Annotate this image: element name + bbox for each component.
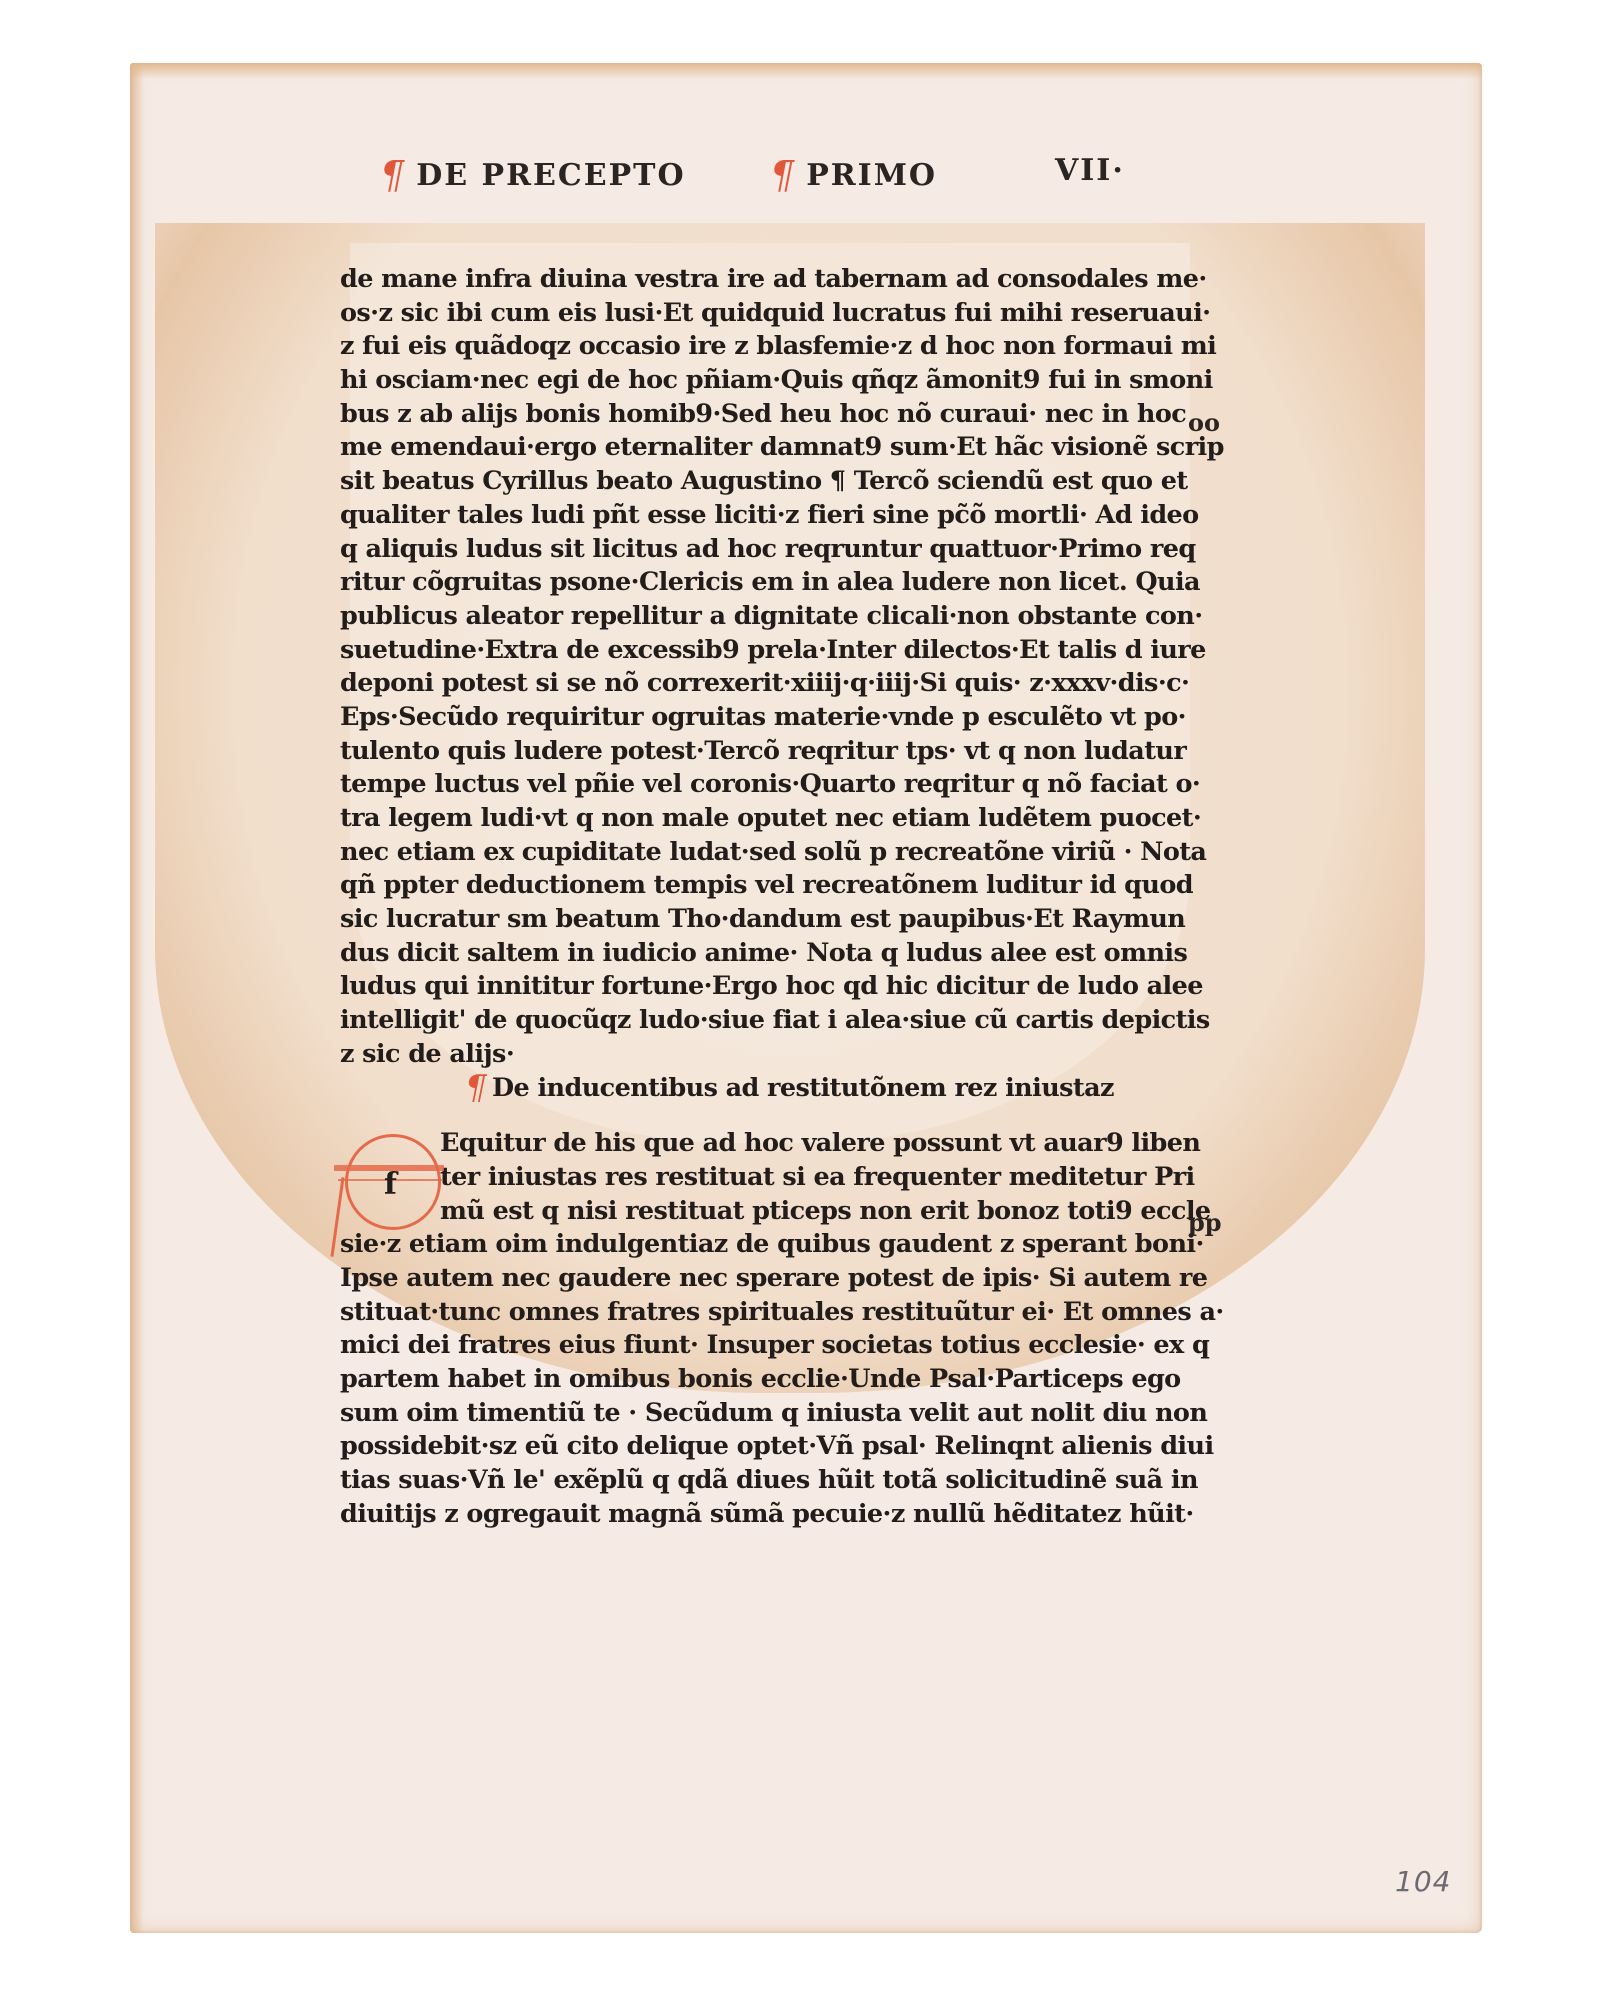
- folio-number: VII·: [1055, 153, 1125, 188]
- manuscript-leaf: ¶ DE PRECEPTO ¶ PRIMO VII· de mane infra…: [130, 63, 1482, 1933]
- text-line: diuitijs z ogregauit magnã sũmã pecuie·z…: [340, 1498, 1160, 1532]
- text-line: Equitur de his que ad hoc valere possunt…: [340, 1127, 1160, 1161]
- text-line: sum oim timentiũ te · Secũdum q iniusta …: [340, 1397, 1160, 1431]
- running-head-left: ¶ DE PRECEPTO: [380, 153, 686, 197]
- text-line: publicus aleator repellitur a dignitate …: [340, 600, 1160, 634]
- text-line: Eps·Secũdo requiritur ogruitas materie·v…: [340, 701, 1160, 735]
- running-head: ¶ DE PRECEPTO ¶ PRIMO VII·: [130, 153, 1482, 203]
- text-line: q aliquis ludus sit licitus ad hoc reqru…: [340, 533, 1160, 567]
- pilcrow-icon: ¶: [770, 153, 796, 197]
- text-line: sie·z etiam oim indulgentiaz de quibus g…: [340, 1228, 1160, 1262]
- body-text: de mane infra diuina vestra ire ad taber…: [340, 263, 1160, 1531]
- text-line: possidebit·sz eũ cito delique optet·Vñ p…: [340, 1430, 1160, 1464]
- text-line: z fui eis quãdoqz occasio ire z blasfemi…: [340, 330, 1160, 364]
- section-heading: ¶ De inducentibus ad restitutõnem rez in…: [340, 1072, 1160, 1106]
- guide-letter: f: [384, 1167, 397, 1202]
- pilcrow-icon: ¶: [380, 153, 406, 197]
- text-line: sic lucratur sm beatum Tho·dandum est pa…: [340, 903, 1160, 937]
- text-line: z sic de alijs·: [340, 1038, 1160, 1072]
- text-line: deponi potest si se nõ correxerit·xiiij·…: [340, 667, 1160, 701]
- signature-mark-upper: oo: [1188, 408, 1220, 437]
- text-line: ludus qui innititur fortune·Ergo hoc qd …: [340, 970, 1160, 1004]
- text-line: sit beatus Cyrillus beato Augustino ¶ Te…: [340, 465, 1160, 499]
- folio-number-text: VII·: [1055, 153, 1125, 188]
- text-line: Ipse autem nec gaudere nec sperare potes…: [340, 1262, 1160, 1296]
- signature-mark-lower: pp: [1188, 1208, 1222, 1237]
- text-line: qualiter tales ludi pñt esse liciti·z fi…: [340, 499, 1160, 533]
- text-line: suetudine·Extra de excessib9 prela·Inter…: [340, 634, 1160, 668]
- spacer: [340, 1105, 1160, 1127]
- text-line: intelligit' de quocũqz ludo·siue fiat i …: [340, 1004, 1160, 1038]
- text-line: bus z ab alijs bonis homib9·Sed heu hoc …: [340, 398, 1160, 432]
- text-line: dus dicit saltem in iudicio anime· Nota …: [340, 937, 1160, 971]
- text-line: ter iniustas res restituat si ea frequen…: [340, 1161, 1160, 1195]
- text-line: qñ ppter deductionem tempis vel recreatõ…: [340, 869, 1160, 903]
- text-line: de mane infra diuina vestra ire ad taber…: [340, 263, 1160, 297]
- section-heading-text: De inducentibus ad restitutõnem rez iniu…: [492, 1072, 1114, 1106]
- text-line: tias suas·Vñ le' exẽplũ q qdã diues hũit…: [340, 1464, 1160, 1498]
- text-line: tempe luctus vel pñie vel coronis·Quarto…: [340, 768, 1160, 802]
- paper-edge-top: [130, 63, 1482, 79]
- rubricated-initial: f: [345, 1134, 441, 1230]
- text-line: partem habet in omibus bonis ecclie·Unde…: [340, 1363, 1160, 1397]
- text-line: stituat·tunc omnes fratres spirituales r…: [340, 1296, 1160, 1330]
- text-line: mũ est q nisi restituat pticeps non erit…: [340, 1195, 1160, 1229]
- pilcrow-icon: ¶: [465, 1072, 486, 1106]
- text-line: me emendaui·ergo eternaliter damnat9 sum…: [340, 431, 1160, 465]
- text-line: os·z sic ibi cum eis lusi·Et quidquid lu…: [340, 297, 1160, 331]
- pencil-page-number: 104: [1395, 1865, 1451, 1898]
- text-line: mici dei fratres eius fiunt· Insuper soc…: [340, 1329, 1160, 1363]
- text-line: hi osciam·nec egi de hoc pñiam·Quis qñqz…: [340, 364, 1160, 398]
- text-line: tra legem ludi·vt q non male oputet nec …: [340, 802, 1160, 836]
- text-line: nec etiam ex cupiditate ludat·sed solũ p…: [340, 836, 1160, 870]
- paper-edge-left: [130, 63, 144, 1933]
- running-head-left-text: DE PRECEPTO: [416, 158, 685, 193]
- text-line: ritur cõgruitas psone·Clericis em in ale…: [340, 566, 1160, 600]
- running-head-center-text: PRIMO: [806, 158, 937, 193]
- text-line: tulento quis ludere potest·Tercõ reqritu…: [340, 735, 1160, 769]
- running-head-center: ¶ PRIMO: [770, 153, 937, 197]
